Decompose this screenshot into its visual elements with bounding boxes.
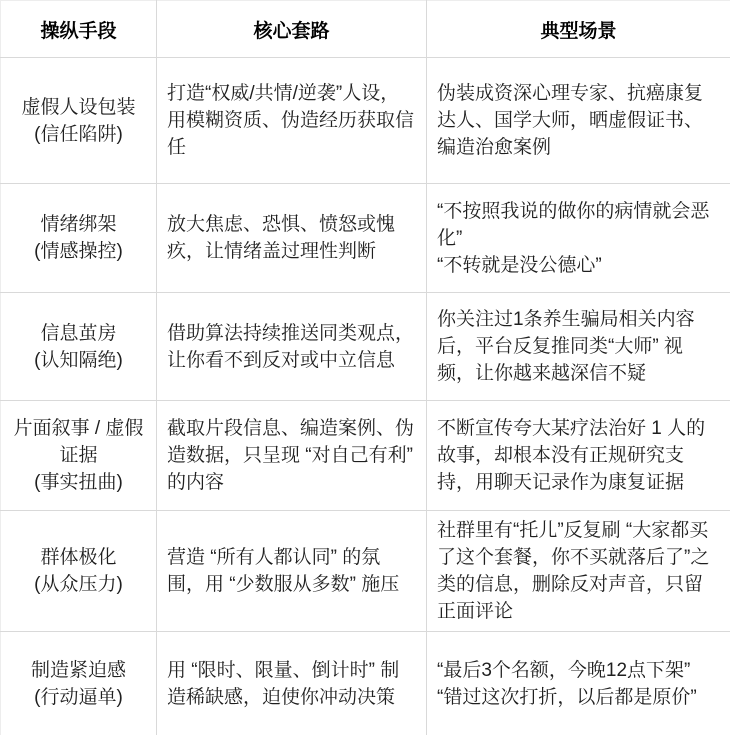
tactic-cell: 截取片段信息、编造案例、伪造数据，只呈现 “对自己有利” 的内容 bbox=[157, 401, 427, 511]
method-cell: 群体极化 (从众压力) bbox=[1, 511, 157, 632]
method-cell: 情绪绑架 (情感操控) bbox=[1, 184, 157, 293]
tactic-cell: 用 “限时、限量、倒计时” 制造稀缺感，迫使你冲动决策 bbox=[157, 632, 427, 735]
table-row: 情绪绑架 (情感操控) 放大焦虑、恐惧、愤怒或愧疚，让情绪盖过理性判断 “不按照… bbox=[1, 184, 730, 293]
method-cell: 片面叙事 / 虚假证据 (事实扭曲) bbox=[1, 401, 157, 511]
tactic-cell: 打造“权威/共情/逆袭”人设，用模糊资质、伪造经历获取信任 bbox=[157, 58, 427, 184]
header-row: 操纵手段 核心套路 典型场景 bbox=[1, 1, 730, 58]
column-header-scenario: 典型场景 bbox=[427, 1, 730, 58]
method-cell: 虚假人设包装 (信任陷阱) bbox=[1, 58, 157, 184]
scenario-cell: 伪装成资深心理专家、抗癌康复达人、国学大师，晒虚假证书、编造治愈案例 bbox=[427, 58, 730, 184]
column-header-method: 操纵手段 bbox=[1, 1, 157, 58]
scenario-cell: “不按照我说的做你的病情就会恶化” “不转就是没公德心” bbox=[427, 184, 730, 293]
manipulation-tactics-table: 操纵手段 核心套路 典型场景 虚假人设包装 (信任陷阱) 打造“权威/共情/逆袭… bbox=[0, 0, 730, 735]
table-row: 片面叙事 / 虚假证据 (事实扭曲) 截取片段信息、编造案例、伪造数据，只呈现 … bbox=[1, 401, 730, 511]
scenario-cell: “最后3个名额，今晚12点下架” “错过这次打折，以后都是原价” bbox=[427, 632, 730, 735]
column-header-tactic: 核心套路 bbox=[157, 1, 427, 58]
scenario-cell: 不断宣传夸大某疗法治好 1 人的故事，却根本没有正规研究支持，用聊天记录作为康复… bbox=[427, 401, 730, 511]
table-row: 虚假人设包装 (信任陷阱) 打造“权威/共情/逆袭”人设，用模糊资质、伪造经历获… bbox=[1, 58, 730, 184]
scenario-cell: 你关注过1条养生骗局相关内容后，平台反复推同类“大师” 视频，让你越来越深信不疑 bbox=[427, 293, 730, 401]
tactic-cell: 营造 “所有人都认同” 的氛围，用 “少数服从多数” 施压 bbox=[157, 511, 427, 632]
scenario-cell: 社群里有“托儿”反复刷 “大家都买了这个套餐，你不买就落后了”之类的信息，删除反… bbox=[427, 511, 730, 632]
method-cell: 制造紧迫感 (行动逼单) bbox=[1, 632, 157, 735]
table-row: 信息茧房 (认知隔绝) 借助算法持续推送同类观点，让你看不到反对或中立信息 你关… bbox=[1, 293, 730, 401]
table-row: 群体极化 (从众压力) 营造 “所有人都认同” 的氛围，用 “少数服从多数” 施… bbox=[1, 511, 730, 632]
table-row: 制造紧迫感 (行动逼单) 用 “限时、限量、倒计时” 制造稀缺感，迫使你冲动决策… bbox=[1, 632, 730, 735]
tactic-cell: 放大焦虑、恐惧、愤怒或愧疚，让情绪盖过理性判断 bbox=[157, 184, 427, 293]
method-cell: 信息茧房 (认知隔绝) bbox=[1, 293, 157, 401]
tactic-cell: 借助算法持续推送同类观点，让你看不到反对或中立信息 bbox=[157, 293, 427, 401]
manipulation-tactics-page: 操纵手段 核心套路 典型场景 虚假人设包装 (信任陷阱) 打造“权威/共情/逆袭… bbox=[0, 0, 730, 735]
